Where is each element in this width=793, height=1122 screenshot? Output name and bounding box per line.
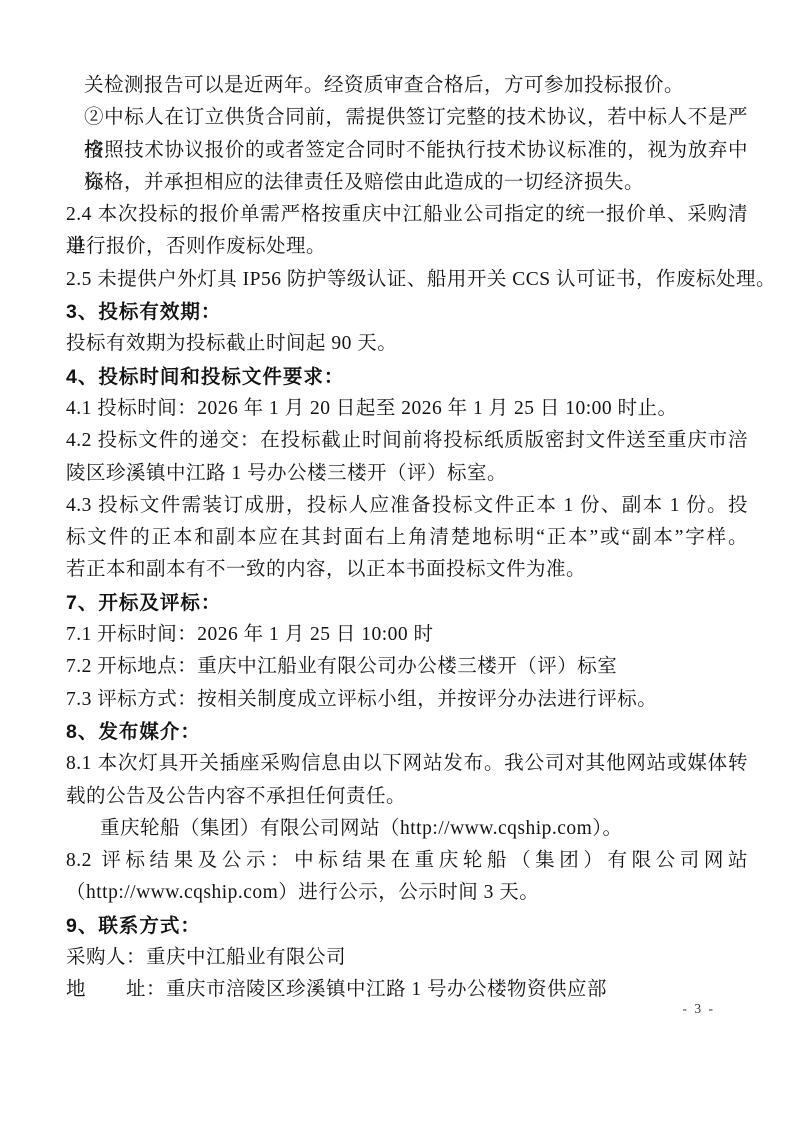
doc-line-clause-7-1: 7.1 开标时间：2026 年 1 月 25 日 10:00 时 — [66, 619, 748, 651]
doc-line-purchaser: 采购人：重庆中江船业有限公司 — [66, 942, 748, 974]
doc-line: 标文件的正本和副本应在其封面右上角清楚地标明“正本”或“副本”字样。 — [66, 522, 748, 554]
heading-bid-validity: 3、投标有效期： — [66, 296, 748, 328]
page-number: - 3 - — [683, 1001, 716, 1017]
doc-line-clause-2-4: 2.4 本次投标的报价单需严格按重庆中江船业公司指定的统一报价单、采购清单 — [66, 199, 748, 231]
doc-line-clause-4-2: 4.2 投标文件的递交：在投标截止时间前将投标纸质版密封文件送至重庆市涪 — [66, 425, 748, 457]
doc-line: 若正本和副本有不一致的内容，以正本书面投标文件为准。 — [66, 554, 748, 586]
heading-bid-time-requirements: 4、投标时间和投标文件要求： — [66, 361, 748, 393]
doc-line-website-publicity: （http://www.cqship.com）进行公示，公示时间 3 天。 — [66, 877, 748, 909]
heading-opening-evaluation: 7、开标及评标： — [66, 587, 748, 619]
doc-line: 按照技术协议报价的或者签定合同时不能执行技术协议标准的，视为放弃中标 — [66, 135, 748, 167]
heading-contact-info: 9、联系方式： — [66, 910, 748, 942]
doc-line-company-website: 重庆轮船（集团）有限公司网站（http://www.cqship.com）。 — [66, 813, 748, 845]
doc-line-clause-7-2: 7.2 开标地点：重庆中江船业有限公司办公楼三楼开（评）标室 — [66, 651, 748, 683]
doc-line: 投标有效期为投标截止时间起 90 天。 — [66, 328, 748, 360]
document-page: 关检测报告可以是近两年。经资质审查合格后，方可参加投标报价。 ②中标人在订立供货… — [66, 70, 748, 1007]
doc-line-clause-8-2: 8.2 评标结果及公示：中标结果在重庆轮船（集团）有限公司网站 — [66, 845, 748, 877]
doc-line: 进行报价，否则作废标处理。 — [66, 231, 748, 263]
doc-line-clause-4-3: 4.3 投标文件需装订成册，投标人应准备投标文件正本 1 份、副本 1 份。投 — [66, 490, 748, 522]
doc-line-clause-4-1: 4.1 投标时间：2026 年 1 月 20 日起至 2026 年 1 月 25… — [66, 393, 748, 425]
doc-line-clause-2-5: 2.5 未提供户外灯具 IP56 防护等级认证、船用开关 CCS 认可证书，作废… — [66, 264, 748, 296]
doc-line: ②中标人在订立供货合同前，需提供签订完整的技术协议，若中标人不是严格 — [66, 102, 748, 134]
doc-line-clause-7-3: 7.3 评标方式：按相关制度成立评标小组，并按评分办法进行评标。 — [66, 684, 748, 716]
doc-line: 载的公告及公告内容不承担任何责任。 — [66, 781, 748, 813]
doc-line: 资格，并承担相应的法律责任及赔偿由此造成的一切经济损失。 — [66, 167, 748, 199]
doc-line: 关检测报告可以是近两年。经资质审查合格后，方可参加投标报价。 — [66, 70, 748, 102]
heading-publication-media: 8、发布媒介： — [66, 716, 748, 748]
doc-line: 陵区珍溪镇中江路 1 号办公楼三楼开（评）标室。 — [66, 458, 748, 490]
doc-line-clause-8-1: 8.1 本次灯具开关插座采购信息由以下网站发布。我公司对其他网站或媒体转 — [66, 748, 748, 780]
doc-line-address: 地 址：重庆市涪陵区珍溪镇中江路 1 号办公楼物资供应部 — [66, 974, 748, 1006]
